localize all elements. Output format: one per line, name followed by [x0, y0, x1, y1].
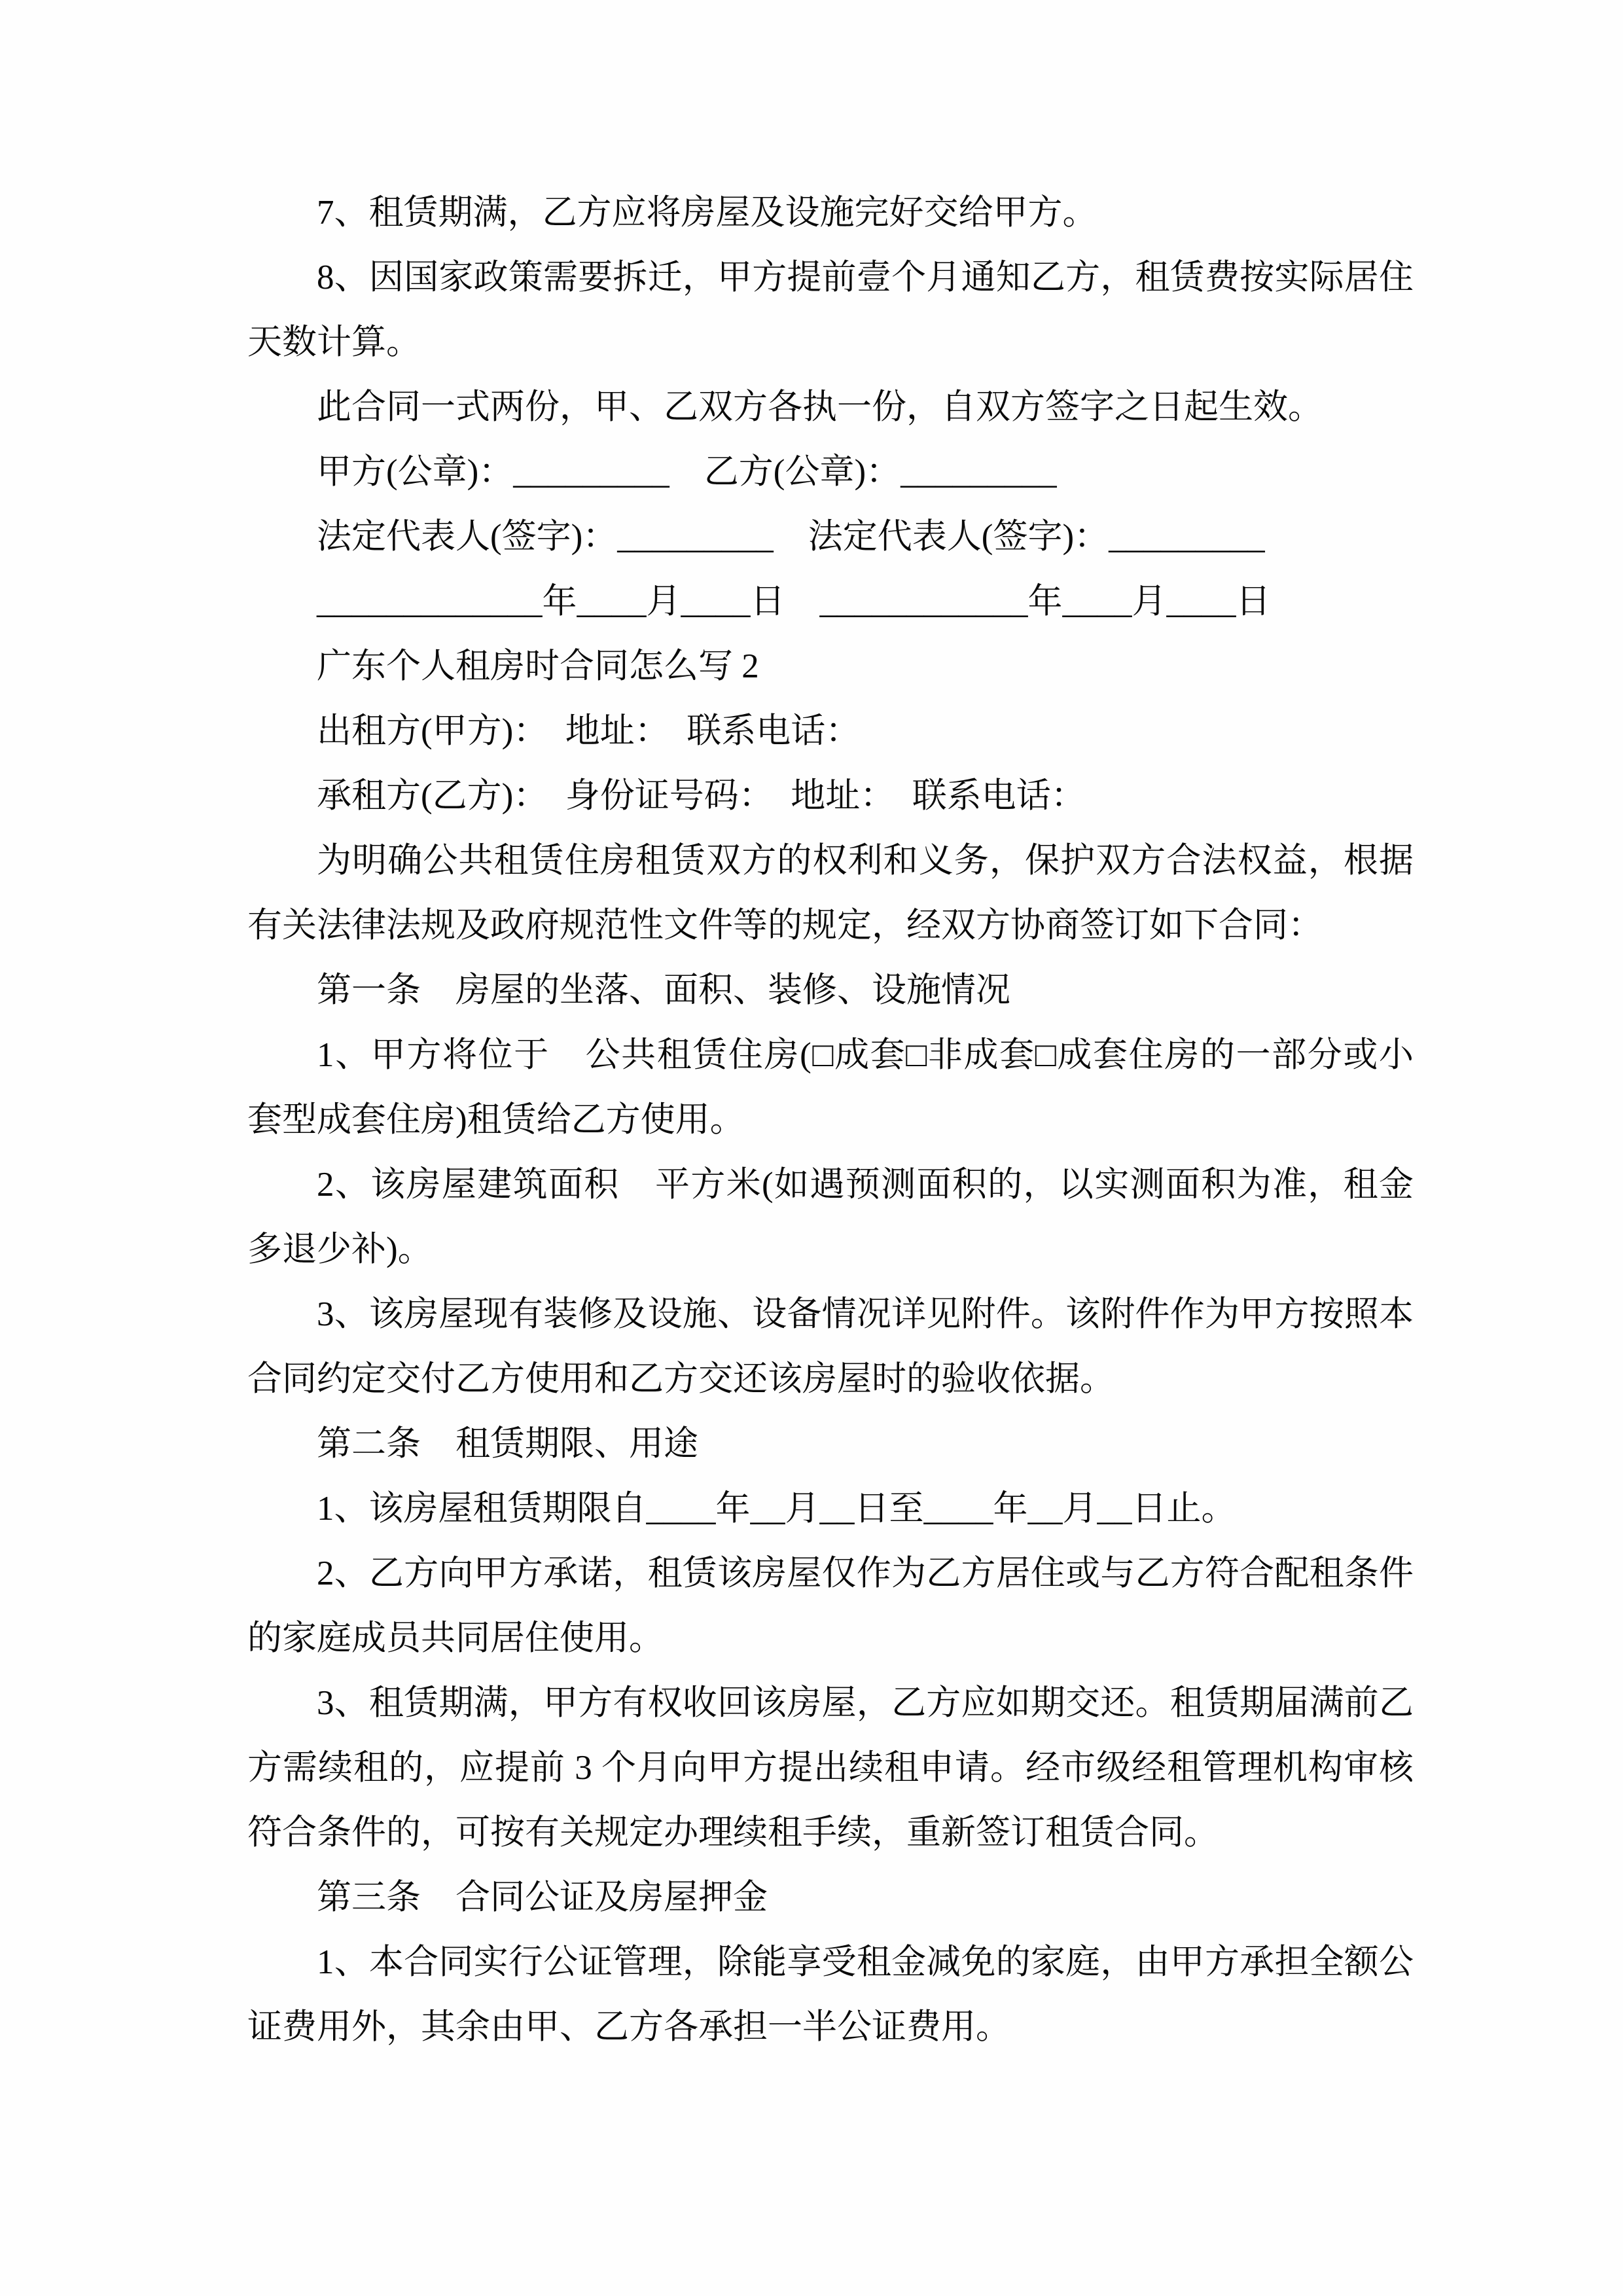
article-3-heading: 第三条 合同公证及房屋押金 — [247, 1865, 1414, 1930]
article-1-heading: 第一条 房屋的坐落、面积、装修、设施情况 — [247, 958, 1414, 1023]
document-2-title: 广东个人租房时合同怎么写 2 — [247, 634, 1414, 699]
article-1-item-2: 2、该房屋建筑面积 平方米(如遇预测面积的，以实测面积为准，租金多退少补)。 — [247, 1153, 1414, 1282]
article-1-item-3: 3、该房屋现有装修及设施、设备情况详见附件。该附件作为甲方按照本合同约定交付乙方… — [247, 1282, 1414, 1412]
party-seal-line: 甲方(公章)：_________ 乙方(公章)：_________ — [247, 440, 1414, 505]
article-1-item-1: 1、甲方将位于 公共租赁住房(□成套□非成套□成套住房的一部分或小套型成套住房)… — [247, 1023, 1414, 1153]
document-page: 7、租赁期满，乙方应将房屋及设施完好交给甲方。8、因国家政策需要拆迁，甲方提前壹… — [0, 0, 1623, 2296]
copies-validity-clause: 此合同一式两份，甲、乙双方各执一份，自双方签字之日起生效。 — [247, 375, 1414, 440]
article-2-item-1: 1、该房屋租赁期限自____年__月__日至____年__月__日止。 — [247, 1477, 1414, 1541]
clause-8: 8、因国家政策需要拆迁，甲方提前壹个月通知乙方，租赁费按实际居住天数计算。 — [247, 245, 1414, 375]
article-2-item-2: 2、乙方向甲方承诺，租赁该房屋仅作为乙方居住或与乙方符合配租条件的家庭成员共同居… — [247, 1541, 1414, 1671]
article-2-heading: 第二条 租赁期限、用途 — [247, 1412, 1414, 1477]
article-2-item-3: 3、租赁期满，甲方有权收回该房屋，乙方应如期交还。租赁期届满前乙方需续租的，应提… — [247, 1671, 1414, 1865]
article-3-item-1: 1、本合同实行公证管理，除能享受租金减免的家庭，由甲方承担全额公证费用外，其余由… — [247, 1930, 1414, 2060]
legal-representative-sign-line: 法定代表人(签字)：_________ 法定代表人(签字)：_________ — [247, 505, 1414, 569]
date-line: _____________年____月____日 ____________年__… — [247, 569, 1414, 634]
lessee-line: 承租方(乙方)： 身份证号码： 地址： 联系电话： — [247, 764, 1414, 829]
preamble: 为明确公共租赁住房租赁双方的权利和义务，保护双方合法权益，根据有关法律法规及政府… — [247, 829, 1414, 958]
clause-7: 7、租赁期满，乙方应将房屋及设施完好交给甲方。 — [247, 181, 1414, 245]
document-content: 7、租赁期满，乙方应将房屋及设施完好交给甲方。8、因国家政策需要拆迁，甲方提前壹… — [247, 181, 1414, 2060]
lessor-line: 出租方(甲方)： 地址： 联系电话： — [247, 699, 1414, 764]
